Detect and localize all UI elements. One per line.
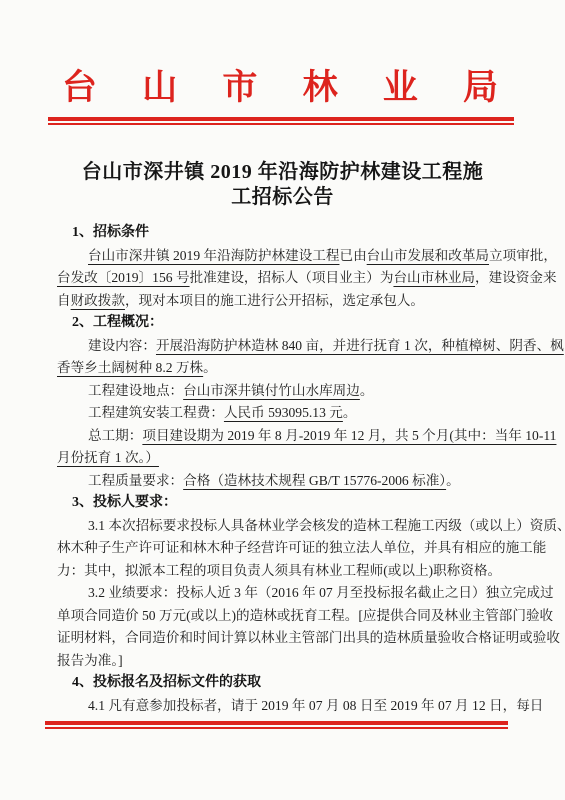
text-run: 工程建筑安装工程费：: [88, 405, 224, 420]
doc-line: 建设内容：开展沿海防护林造林 840 亩，并进行抚育 1 次，种植樟树、阴香、枫: [57, 335, 519, 358]
doc-line: 总工期：项目建设期为 2019 年 8 月-2019 年 12 月，共 5 个月…: [57, 425, 519, 448]
letterhead-char: 局: [463, 69, 498, 106]
letterhead-char: 林: [303, 69, 338, 106]
underlined-text: 台山市深井镇 2019 年沿海防护林建设工程: [88, 248, 339, 263]
doc-line: 4.1 凡有意参加投标者，请于 2019 年 07 月 08 日至 2019 年…: [57, 695, 519, 718]
text-run: 。: [446, 473, 460, 488]
underlined-text: 项目建设期为 2019 年 8 月-2019 年 12 月，共 5 个月(其中：…: [142, 428, 556, 443]
letterhead-char: 市: [222, 69, 257, 106]
text-run: ，现对本项目的施工进行公开招标，选定承包人。: [125, 293, 424, 308]
text-run: 建设内容：: [88, 338, 156, 353]
text-run: 批准建设，招标人（项目业主）为: [190, 270, 394, 285]
rule-thin-line: [45, 727, 508, 729]
doc-line: 工程建设地点：台山市深井镇付竹山水库周边。: [57, 380, 519, 403]
doc-line: 工程建筑安装工程费：人民币 593095.13 元。: [57, 402, 519, 425]
section-heading: 1、招标条件: [57, 222, 519, 245]
underlined-text: 财政拨款: [71, 293, 125, 308]
doc-line: 林木种子生产许可证和林木种子经营许可证的独立法人单位，并具有相应的施工能: [57, 537, 519, 560]
doc-line: 力：其中，拟派本工程的项目负责人须具有林业工程师(或以上)职称资格。: [57, 560, 519, 583]
underlined-text: 台山市林业局: [393, 270, 475, 285]
text-run: 3、投标人要求：: [72, 495, 177, 510]
document-title: 台山市深井镇 2019 年沿海防护林建设工程施 工招标公告: [0, 160, 565, 209]
doc-line: 台山市深井镇 2019 年沿海防护林建设工程已由台山市发展和改革局立项审批，: [57, 245, 519, 268]
text-run: 证明材料，合同造价和时间计算以林业主管部门出具的造林质量验收合格证明或验收: [57, 630, 560, 645]
text-run: 力：其中，拟派本工程的项目负责人须具有林业工程师(或以上)职称资格。: [57, 563, 501, 578]
text-run: 3.1 本次招标要求投标人具备林业学会核发的造林工程施工丙级（或以上）资质、: [88, 518, 565, 533]
text-run: ，建设资金来: [475, 270, 557, 285]
text-run: 工程质量要求：: [88, 473, 183, 488]
doc-line: 证明材料，合同造价和时间计算以林业主管部门出具的造林质量验收合格证明或验收: [57, 627, 519, 650]
document-title-line1: 台山市深井镇 2019 年沿海防护林建设工程施: [0, 160, 565, 185]
doc-line: 工程质量要求：合格（造林技术规程 GB/T 15776-2006 标准）。: [57, 470, 519, 493]
doc-line: 单项合同造价 50 万元(或以上)的造林或抚育工程。[应提供合同及林业主管部门验…: [57, 605, 519, 628]
underlined-text: 合格（造林技术规程 GB/T 15776-2006 标准）: [183, 473, 446, 488]
text-run: 立项审批，: [489, 248, 557, 263]
rule-thin-line: [48, 123, 514, 125]
document-body: 1、招标条件台山市深井镇 2019 年沿海防护林建设工程已由台山市发展和改革局立…: [57, 222, 519, 717]
letterhead-char: 山: [142, 69, 177, 106]
text-run: 已由: [339, 248, 366, 263]
footer-double-rule: [45, 721, 508, 729]
underlined-text: 台山市发展和改革局: [367, 248, 489, 263]
text-run: 。: [360, 383, 374, 398]
doc-line: 报告为准。]: [57, 650, 519, 673]
letterhead-double-rule: [48, 117, 514, 125]
section-heading: 4、投标报名及招标文件的获取: [57, 672, 519, 695]
letterhead-char: 台: [62, 69, 97, 106]
doc-line: 3.2 业绩要求：投标人近 3 年（2016 年 07 月至投标报名截止之日）独…: [57, 582, 519, 605]
scanned-document-page: 台山市林业局 台山市深井镇 2019 年沿海防护林建设工程施 工招标公告 1、招…: [0, 0, 565, 800]
letterhead-char: 业: [383, 69, 418, 106]
text-run: 总工期：: [88, 428, 142, 443]
underlined-text: 台山市深井镇付竹山水库周边: [183, 383, 360, 398]
underlined-text: 香等乡土阔树种 8.2 万株: [57, 360, 203, 375]
doc-line: 自财政拨款，现对本项目的施工进行公开招标，选定承包人。: [57, 290, 519, 313]
text-run: 1、招标条件: [72, 225, 149, 240]
text-run: 工程建设地点：: [88, 383, 183, 398]
letterhead-org-name: 台山市林业局: [62, 69, 498, 106]
section-heading: 2、工程概况：: [57, 312, 519, 335]
section-heading: 3、投标人要求：: [57, 492, 519, 515]
text-run: 2、工程概况：: [72, 315, 163, 330]
text-run: 。: [203, 360, 217, 375]
underlined-text: 台发改〔2019〕156 号: [57, 270, 190, 285]
underlined-text: 人民币 593095.13 元: [224, 405, 343, 420]
text-run: 4、投标报名及招标文件的获取: [72, 675, 261, 690]
text-run: 4.1 凡有意参加投标者，请于 2019 年 07 月 08 日至 2019 年…: [88, 698, 543, 713]
text-run: 3.2 业绩要求：投标人近 3 年（2016 年 07 月至投标报名截止之日）独…: [88, 585, 554, 600]
text-run: 报告为准。]: [57, 653, 123, 668]
doc-line: 3.1 本次招标要求投标人具备林业学会核发的造林工程施工丙级（或以上）资质、: [57, 515, 519, 538]
document-title-line2: 工招标公告: [0, 185, 565, 210]
text-run: 单项合同造价 50 万元(或以上)的造林或抚育工程。[应提供合同及林业主管部门验…: [57, 608, 553, 623]
underlined-text: 月份抚育 1 次。）: [57, 450, 159, 465]
text-run: 林木种子生产许可证和林木种子经营许可证的独立法人单位，并具有相应的施工能: [57, 540, 546, 555]
underlined-text: 开展沿海防护林造林 840 亩，并进行抚育 1 次，种植樟树、阴香、枫: [156, 338, 564, 353]
text-run: 自: [57, 293, 71, 308]
text-run: 。: [343, 405, 357, 420]
doc-line: 台发改〔2019〕156 号批准建设，招标人（项目业主）为台山市林业局，建设资金…: [57, 267, 519, 290]
doc-line: 香等乡土阔树种 8.2 万株。: [57, 357, 519, 380]
doc-line: 月份抚育 1 次。）: [57, 447, 519, 470]
